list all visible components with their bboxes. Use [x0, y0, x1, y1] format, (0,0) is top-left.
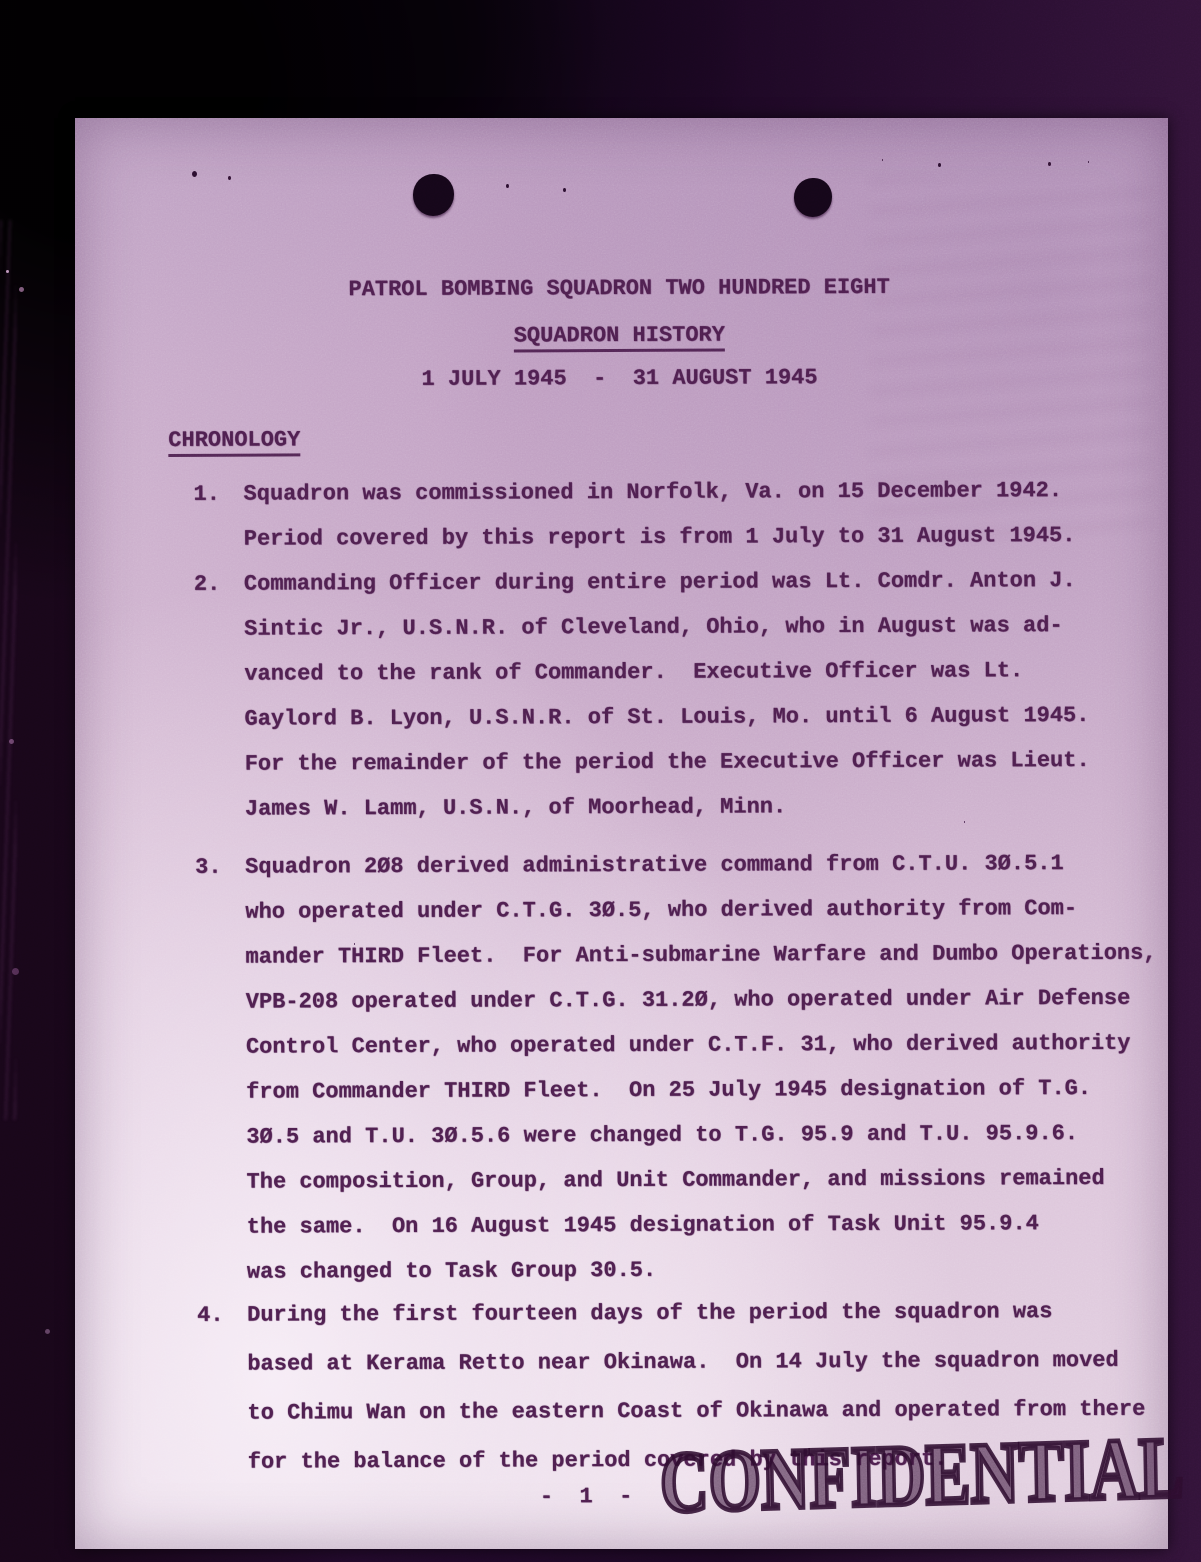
typed-line: Control Center, who operated under C.T.F… — [246, 1021, 1161, 1070]
item-number: 2. — [194, 562, 245, 832]
page-number: - 1 - — [540, 1484, 633, 1509]
typed-line: based at Kerama Retto near Okinawa. On 1… — [247, 1336, 1162, 1389]
typed-line: For the remainder of the period the Exec… — [245, 738, 1160, 787]
typed-line: Squadron 2Ø8 derived administrative comm… — [245, 841, 1160, 890]
typed-line: mander THIRD Fleet. For Anti-submarine W… — [245, 931, 1160, 980]
typed-line: Sintic Jr., U.S.N.R. of Cleveland, Ohio,… — [244, 603, 1159, 652]
document-subtitle: SQUADRON HISTORY — [73, 321, 1166, 351]
document-title: PATROL BOMBING SQUADRON TWO HUNDRED EIGH… — [73, 274, 1166, 304]
typed-line: from Commander THIRD Fleet. On 25 July 1… — [246, 1066, 1161, 1115]
item-text: Squadron 2Ø8 derived administrative comm… — [245, 841, 1162, 1295]
typed-line: Gaylord B. Lyon, U.S.N.R. of St. Louis, … — [244, 693, 1159, 742]
typed-text-layer: PATROL BOMBING SQUADRON TWO HUNDRED EIGH… — [72, 116, 1171, 1552]
item-number: 3. — [195, 845, 247, 1295]
list-item-2: 2. Commanding Officer during entire peri… — [194, 558, 1160, 832]
list-item-3: 3. Squadron 2Ø8 derived administrative c… — [195, 841, 1162, 1295]
item-number: 1. — [193, 472, 243, 562]
photostat-scan: PATROL BOMBING SQUADRON TWO HUNDRED EIGH… — [0, 0, 1201, 1562]
typed-line: vanced to the rank of Commander. Executi… — [244, 648, 1159, 697]
typed-line: The composition, Group, and Unit Command… — [246, 1156, 1161, 1205]
typed-line: Squadron was commissioned in Norfolk, Va… — [243, 468, 1158, 517]
item-number: 4. — [197, 1291, 248, 1487]
typed-line: Period covered by this report is from 1 … — [244, 513, 1159, 562]
typed-line: VPB-208 operated under C.T.G. 31.2Ø, who… — [246, 976, 1161, 1025]
item-text: Squadron was commissioned in Norfolk, Va… — [243, 468, 1158, 562]
typed-line: During the first fourteen days of the pe… — [247, 1287, 1162, 1340]
film-edge-streaks — [0, 220, 16, 1120]
typed-line: 3Ø.5 and T.U. 3Ø.5.6 were changed to T.G… — [246, 1111, 1161, 1160]
confidential-stamp: CONFIDENTIAL — [659, 1419, 1171, 1534]
typed-line: who operated under C.T.G. 3Ø.5, who deri… — [245, 886, 1160, 935]
document-date-range: 1 JULY 1945 - 31 AUGUST 1945 — [73, 364, 1166, 394]
list-item-1: 1. Squadron was commissioned in Norfolk,… — [193, 468, 1158, 562]
typed-line: the same. On 16 August 1945 designation … — [247, 1201, 1162, 1250]
document-page: PATROL BOMBING SQUADRON TWO HUNDRED EIGH… — [75, 118, 1168, 1549]
item-text: Commanding Officer during entire period … — [244, 558, 1160, 832]
section-heading: CHRONOLOGY — [168, 427, 300, 453]
typed-line: James W. Lamm, U.S.N., of Moorhead, Minn… — [245, 783, 1160, 832]
typed-line: Commanding Officer during entire period … — [244, 558, 1159, 607]
film-edge-flecks — [6, 270, 9, 273]
